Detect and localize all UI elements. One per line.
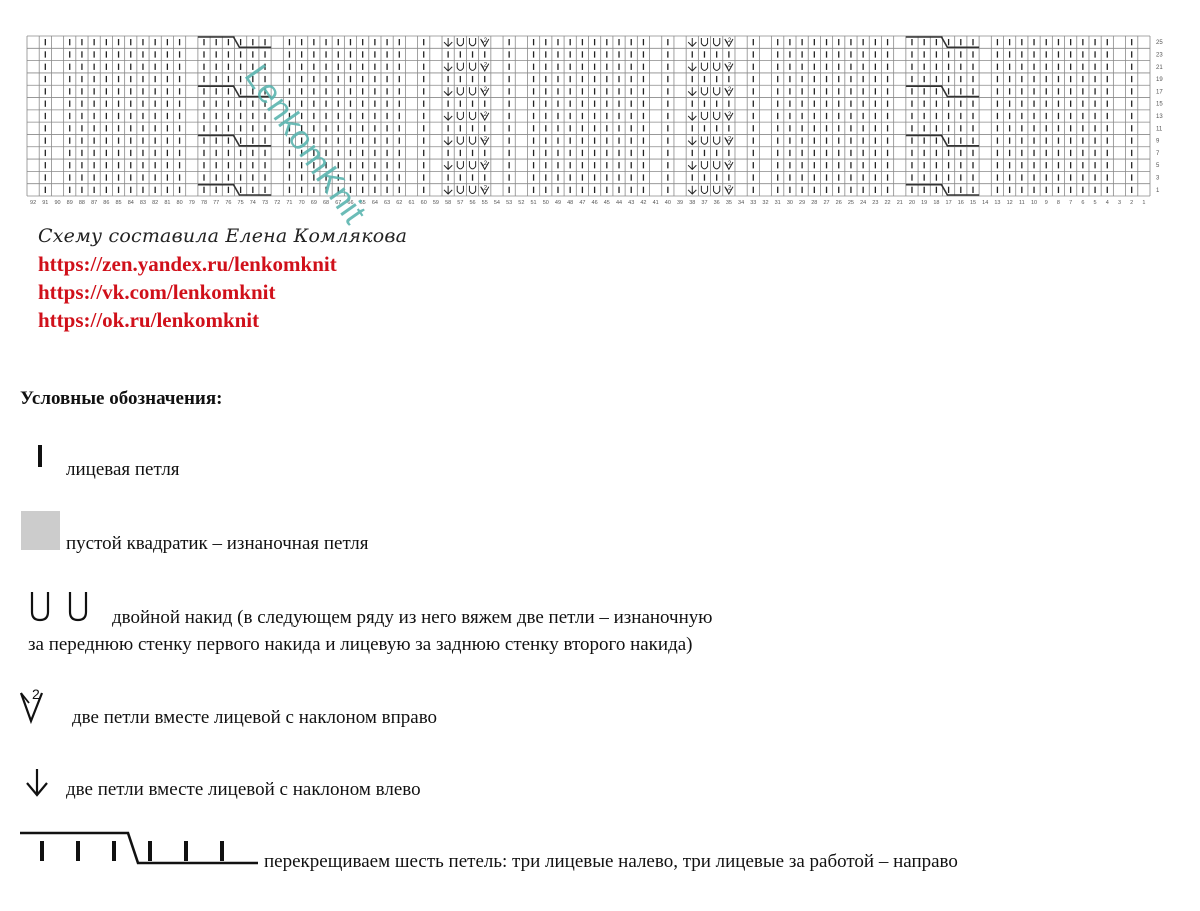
svg-text:67: 67 <box>335 200 341 206</box>
svg-text:31: 31 <box>775 200 781 206</box>
svg-text:2: 2 <box>484 38 488 44</box>
svg-text:7: 7 <box>1156 151 1160 157</box>
svg-text:43: 43 <box>628 200 634 206</box>
svg-text:49: 49 <box>555 200 561 206</box>
svg-text:2: 2 <box>728 136 732 142</box>
svg-text:40: 40 <box>665 200 671 206</box>
svg-text:2: 2 <box>728 87 732 93</box>
svg-text:46: 46 <box>592 200 598 206</box>
svg-text:74: 74 <box>250 200 256 206</box>
svg-text:41: 41 <box>653 200 659 206</box>
svg-text:2: 2 <box>728 186 732 192</box>
svg-text:52: 52 <box>518 200 524 206</box>
svg-text:37: 37 <box>701 200 707 206</box>
svg-text:62: 62 <box>396 200 402 206</box>
svg-text:2: 2 <box>728 38 732 44</box>
svg-text:6: 6 <box>1081 200 1084 206</box>
svg-text:50: 50 <box>543 200 549 206</box>
legend-purl-text: пустой квадратик – изнаночная петля <box>66 533 369 555</box>
svg-text:38: 38 <box>689 200 695 206</box>
k2tog-right-icon: 2 <box>18 683 58 725</box>
svg-text:47: 47 <box>579 200 585 206</box>
svg-text:63: 63 <box>384 200 390 206</box>
svg-text:81: 81 <box>164 200 170 206</box>
svg-text:23: 23 <box>872 200 878 206</box>
svg-text:72: 72 <box>274 200 280 206</box>
svg-text:20: 20 <box>909 200 915 206</box>
svg-text:88: 88 <box>79 200 85 206</box>
svg-text:19: 19 <box>1156 77 1163 83</box>
svg-text:7: 7 <box>1069 200 1072 206</box>
double-yarn-over-icon <box>28 590 98 624</box>
svg-text:92: 92 <box>30 200 36 206</box>
svg-text:66: 66 <box>347 200 353 206</box>
svg-text:2: 2 <box>484 63 488 69</box>
svg-text:2: 2 <box>484 161 488 167</box>
svg-text:3: 3 <box>1118 200 1121 206</box>
svg-text:17: 17 <box>1156 89 1163 95</box>
knit-stitch-icon <box>38 445 42 467</box>
link-vk[interactable]: https://vk.com/lenkomknit <box>38 280 275 305</box>
k2tog-left-icon <box>24 767 54 801</box>
svg-text:79: 79 <box>189 200 195 206</box>
svg-text:28: 28 <box>811 200 817 206</box>
svg-text:33: 33 <box>750 200 756 206</box>
knitting-chart: 2225232221192217152213112297225322192919… <box>0 0 1200 215</box>
svg-text:2: 2 <box>484 136 488 142</box>
legend-k2tog-left-text: две петли вместе лицевой с наклоном влев… <box>66 779 421 801</box>
svg-text:25: 25 <box>848 200 854 206</box>
svg-text:64: 64 <box>372 200 378 206</box>
svg-text:5: 5 <box>1156 163 1160 169</box>
svg-text:13: 13 <box>1156 114 1163 120</box>
svg-text:2: 2 <box>484 112 488 118</box>
svg-text:75: 75 <box>238 200 244 206</box>
legend-title: Условные обозначения: <box>20 388 222 410</box>
svg-text:90: 90 <box>54 200 60 206</box>
svg-text:65: 65 <box>360 200 366 206</box>
svg-text:14: 14 <box>982 200 988 206</box>
svg-text:2: 2 <box>1130 200 1133 206</box>
svg-text:36: 36 <box>714 200 720 206</box>
link-ok[interactable]: https://ok.ru/lenkomknit <box>38 308 259 333</box>
svg-text:44: 44 <box>616 200 622 206</box>
svg-text:58: 58 <box>445 200 451 206</box>
svg-text:56: 56 <box>469 200 475 206</box>
svg-text:32: 32 <box>762 200 768 206</box>
svg-text:1: 1 <box>1142 200 1145 206</box>
svg-text:24: 24 <box>860 200 866 206</box>
svg-text:21: 21 <box>897 200 903 206</box>
svg-text:80: 80 <box>177 200 183 206</box>
svg-text:18: 18 <box>933 200 939 206</box>
author-credit: Схему составила Елена Комлякова <box>38 225 407 247</box>
svg-text:2: 2 <box>728 161 732 167</box>
svg-text:2: 2 <box>484 186 488 192</box>
svg-text:15: 15 <box>970 200 976 206</box>
svg-text:2: 2 <box>728 112 732 118</box>
svg-text:91: 91 <box>42 200 48 206</box>
svg-text:13: 13 <box>994 200 1000 206</box>
svg-text:48: 48 <box>567 200 573 206</box>
svg-text:1: 1 <box>1156 188 1160 194</box>
svg-text:71: 71 <box>286 200 292 206</box>
svg-text:9: 9 <box>1156 139 1160 145</box>
cable-cross-icon <box>18 828 264 870</box>
svg-text:45: 45 <box>604 200 610 206</box>
svg-text:85: 85 <box>115 200 121 206</box>
svg-text:8: 8 <box>1057 200 1060 206</box>
svg-text:82: 82 <box>152 200 158 206</box>
svg-text:22: 22 <box>884 200 890 206</box>
svg-text:89: 89 <box>67 200 73 206</box>
svg-text:57: 57 <box>457 200 463 206</box>
svg-text:2: 2 <box>32 686 40 702</box>
legend-knit-text: лицевая петля <box>66 459 180 481</box>
legend-cable-text: перекрещиваем шесть петель: три лицевые … <box>264 851 958 873</box>
svg-text:55: 55 <box>482 200 488 206</box>
svg-text:76: 76 <box>225 200 231 206</box>
svg-text:59: 59 <box>433 200 439 206</box>
svg-text:10: 10 <box>1031 200 1037 206</box>
svg-text:12: 12 <box>1007 200 1013 206</box>
link-zen[interactable]: https://zen.yandex.ru/lenkomknit <box>38 252 337 277</box>
svg-text:54: 54 <box>494 200 500 206</box>
svg-text:23: 23 <box>1156 52 1163 58</box>
svg-text:30: 30 <box>787 200 793 206</box>
svg-text:39: 39 <box>677 200 683 206</box>
legend-yo-text-cont: за переднюю стенку первого накида и лице… <box>28 634 693 656</box>
svg-text:29: 29 <box>799 200 805 206</box>
legend-k2tog-right-text: две петли вместе лицевой с наклоном впра… <box>72 707 437 729</box>
svg-text:42: 42 <box>640 200 646 206</box>
svg-text:77: 77 <box>213 200 219 206</box>
svg-text:11: 11 <box>1019 200 1025 206</box>
svg-text:25: 25 <box>1156 40 1163 46</box>
svg-text:15: 15 <box>1156 102 1163 108</box>
legend-yo-text: двойной накид (в следующем ряду из него … <box>112 607 712 629</box>
svg-text:27: 27 <box>823 200 829 206</box>
svg-text:3: 3 <box>1156 176 1160 182</box>
svg-text:2: 2 <box>728 63 732 69</box>
svg-text:16: 16 <box>958 200 964 206</box>
svg-text:51: 51 <box>531 200 537 206</box>
svg-text:69: 69 <box>311 200 317 206</box>
svg-text:35: 35 <box>726 200 732 206</box>
svg-text:73: 73 <box>262 200 268 206</box>
svg-text:86: 86 <box>103 200 109 206</box>
svg-text:87: 87 <box>91 200 97 206</box>
svg-text:68: 68 <box>323 200 329 206</box>
svg-text:26: 26 <box>836 200 842 206</box>
svg-text:78: 78 <box>201 200 207 206</box>
svg-text:4: 4 <box>1106 200 1109 206</box>
svg-text:70: 70 <box>299 200 305 206</box>
svg-text:2: 2 <box>484 87 488 93</box>
svg-text:61: 61 <box>408 200 414 206</box>
svg-text:83: 83 <box>140 200 146 206</box>
purl-square-icon <box>21 511 60 550</box>
svg-text:84: 84 <box>128 200 134 206</box>
svg-text:17: 17 <box>946 200 952 206</box>
svg-text:53: 53 <box>506 200 512 206</box>
svg-text:9: 9 <box>1045 200 1048 206</box>
svg-text:21: 21 <box>1156 65 1163 71</box>
svg-text:60: 60 <box>421 200 427 206</box>
svg-text:11: 11 <box>1156 126 1163 132</box>
svg-text:5: 5 <box>1094 200 1097 206</box>
svg-text:34: 34 <box>738 200 744 206</box>
svg-text:19: 19 <box>921 200 927 206</box>
